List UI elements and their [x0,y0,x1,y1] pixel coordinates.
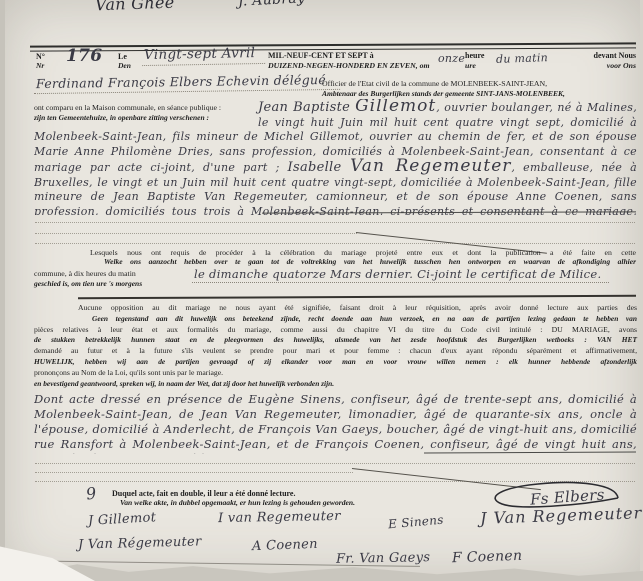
ruled-line [35,222,635,223]
parties-paragraph: ont comparu en la Maison communale, en s… [34,99,637,215]
devant-nous-nl: voor Ons [556,61,636,71]
act-number-label-nl: Nr [36,61,45,70]
signature-father-van-regemeuter: J Van Régemeuter [78,534,202,552]
ceremony-fr-line3: demandé au futur et à la future s'ils ve… [34,346,637,357]
closing-fr: Duquel acte, fait en double, il leur a é… [112,489,295,498]
ceremony-nl-line3: HUWELIJK, hebben wij aan de partijen gev… [34,357,637,368]
signature-witness-coenen: F Coenen [452,548,523,566]
top-annotation-right: J. Aubray [238,0,306,10]
publication-nl-line2: geschied is, om tien ure 's morgens [34,279,192,289]
ruled-line [35,472,353,473]
paragraph-mark-handwritten: 9 [85,483,98,503]
groom-first-names: Jean Baptiste [258,100,355,115]
publication-fr-line1: Lesquels nous ont requis de procéder à l… [90,248,636,257]
hour-label-fr: heure [465,51,484,61]
publication-fr-line2: commune, à dix heures du matin [34,269,192,279]
time-of-day-handwritten: du matin [496,51,548,66]
hour-label-nl: ure [465,61,484,71]
act-date-handwritten: Vingt-sept Avril [142,45,265,66]
bride-surname: Van Regemeuter [350,156,511,176]
bride-first-name: Isabelle [288,160,351,175]
ceremony-nl-line4: en bevestigend geantwoord, spreken wij, … [34,379,637,390]
ceremony-fr-line1: Aucune opposition au dit mariage ne nous… [34,303,637,314]
groom-surname: Gillemot [355,99,436,116]
top-annotation-left: Van Ghee [95,0,175,14]
document-page: Van Ghee J. Aubray N° Nr 176 Le Den Ving… [0,0,643,581]
witnesses-paragraph-handwritten: Dont acte dressé en présence de Eugène S… [34,392,637,454]
ruled-line [35,463,635,464]
signature-mother-coenen: A Coenen [252,537,318,554]
officer-title-fr: Officier de l'Etat civil de la commune d… [322,79,638,89]
scan-edge [0,0,5,581]
ceremony-fr-line2: pièces relatives à leur état et aux form… [34,325,637,336]
appearance-intro-fr: ont comparu en la Maison communale, en s… [34,103,258,113]
act-number: 176 [66,46,102,66]
signature-groom: J Gillemot [88,510,157,529]
ruled-line [35,243,635,244]
ceremony-nl-line1: Geen tegenstand aan dit huwelijk ons bet… [34,314,637,325]
officer-title-nl: Ambtenaar des Burgerlijken stands der ge… [322,89,638,99]
ceremony-fr-line4: prononçons au Nom de la Loi, qu'ils sont… [34,368,637,379]
publication-date-row: commune, à dix heures du matin geschied … [34,267,637,297]
date-label-nl: Den [118,61,131,70]
year-printed-fr: MIL-NEUF-CENT ET SEPT à [268,51,430,61]
officer-name-handwritten: Ferdinand François Elbers Echevin délégu… [34,72,340,94]
publication-nl-line1: Welke ons aanzocht hebben over te gaan t… [104,257,636,266]
publication-handwritten: le dimanche quatorze Mars dernier. Ci-jo… [192,267,609,283]
closing-nl: Van welke akte, in dubbel opgemaakt, er … [120,498,355,507]
ceremony-nl-line2: de stukken betrekkelijk hunnen staat en … [34,335,637,346]
act-number-label-fr: N° [36,52,45,61]
appearance-intro-nl: zijn ten Gemeentehuize, in openbare zitt… [34,113,258,123]
ceremony-paragraph: Aucune opposition au dit mariage ne nous… [34,303,637,389]
devant-nous-fr: devant Nous [556,51,636,61]
hour-handwritten: onze [438,52,465,65]
signature-witness-sinens: E Sinens [387,513,444,532]
date-label-fr: Le [118,52,131,61]
ruled-line [35,233,357,234]
signature-bride: I van Regemeuter [218,509,341,526]
year-printed-nl: DUIZEND-NEGEN-HONDERD EN ZEVEN, om [268,61,430,71]
